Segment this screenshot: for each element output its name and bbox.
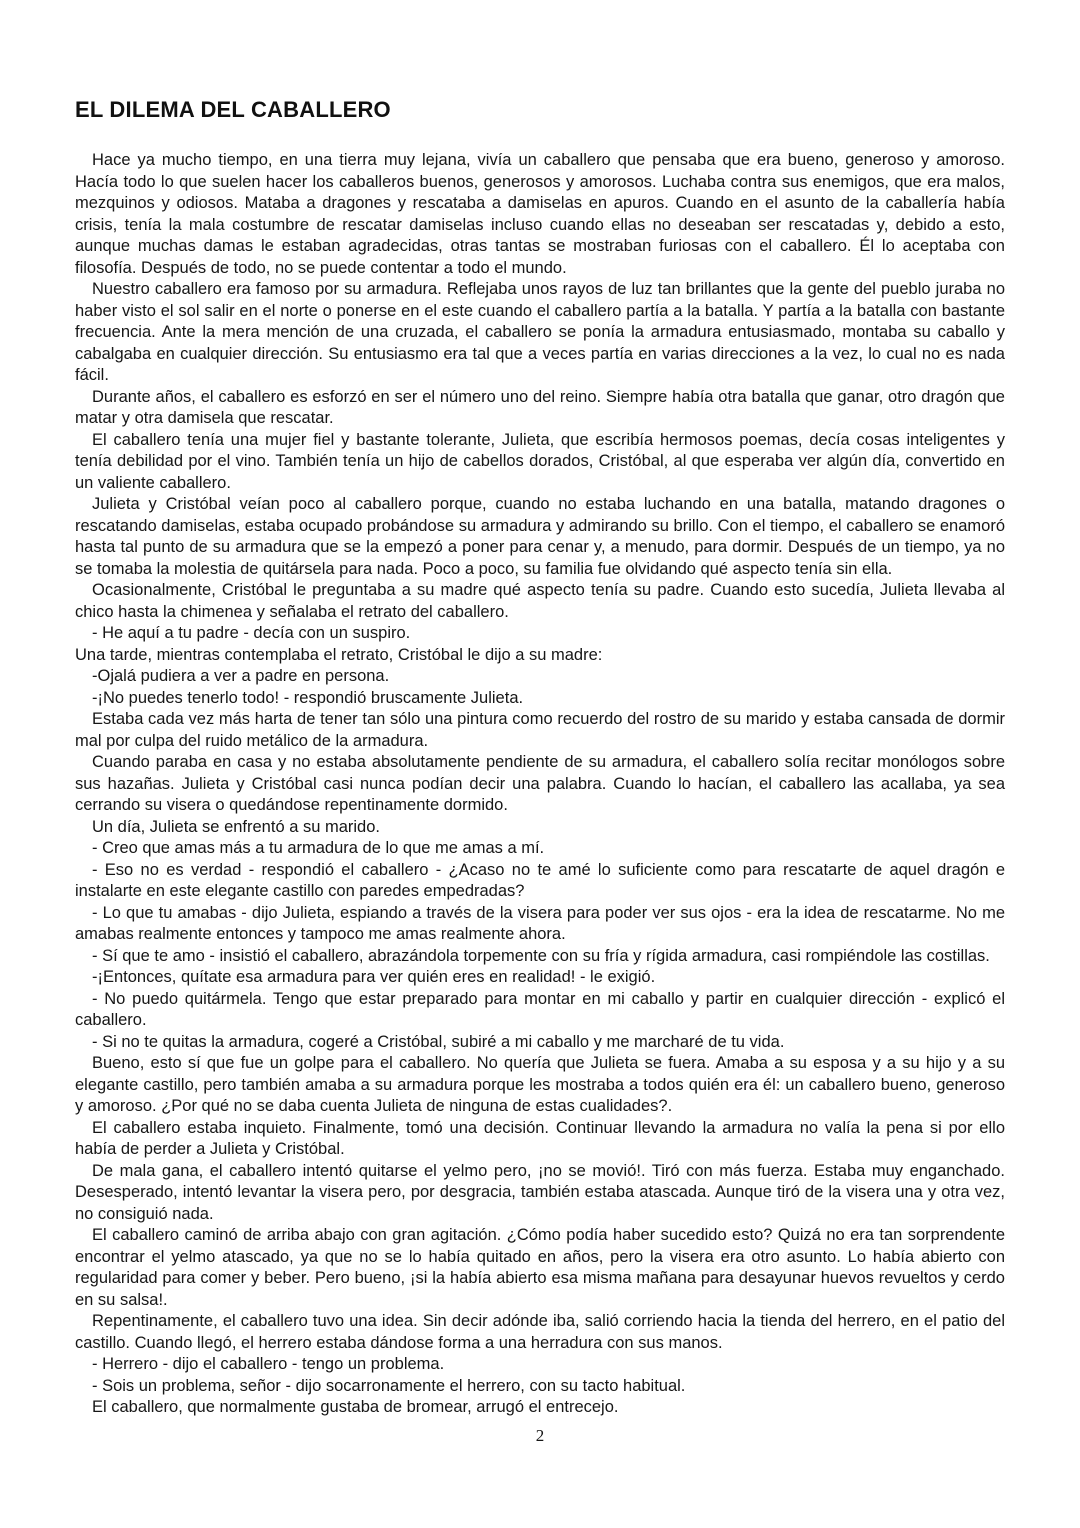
paragraph: Repentinamente, el caballero tuvo una id… [75, 1311, 1005, 1354]
paragraph: Nuestro caballero era famoso por su arma… [75, 279, 1005, 387]
page-body: Hace ya mucho tiempo, en una tierra muy … [75, 150, 1005, 1419]
paragraph: - Herrero - dijo el caballero - tengo un… [75, 1354, 1005, 1376]
paragraph: El caballero tenía una mujer fiel y bast… [75, 430, 1005, 495]
paragraph: -¡No puedes tenerlo todo! - respondió br… [75, 688, 1005, 710]
paragraph: De mala gana, el caballero intentó quita… [75, 1161, 1005, 1226]
paragraph: El caballero estaba inquieto. Finalmente… [75, 1118, 1005, 1161]
paragraph: El caballero caminó de arriba abajo con … [75, 1225, 1005, 1311]
paragraph: - He aquí a tu padre - decía con un susp… [75, 623, 1005, 645]
page-title: EL DILEMA DEL CABALLERO [75, 97, 1005, 123]
paragraph: Hace ya mucho tiempo, en una tierra muy … [75, 150, 1005, 279]
paragraph: Estaba cada vez más harta de tener tan s… [75, 709, 1005, 752]
paragraph: Un día, Julieta se enfrentó a su marido. [75, 817, 1005, 839]
paragraph: Cuando paraba en casa y no estaba absolu… [75, 752, 1005, 817]
paragraph: -Ojalá pudiera a ver a padre en persona. [75, 666, 1005, 688]
paragraph: - Creo que amas más a tu armadura de lo … [75, 838, 1005, 860]
paragraph: El caballero, que normalmente gustaba de… [75, 1397, 1005, 1419]
document-page: EL DILEMA DEL CABALLERO Hace ya mucho ti… [0, 0, 1080, 1528]
paragraph: - Lo que tu amabas - dijo Julieta, espia… [75, 903, 1005, 946]
paragraph: - Sois un problema, señor - dijo socarro… [75, 1376, 1005, 1398]
paragraph: - No puedo quitármela. Tengo que estar p… [75, 989, 1005, 1032]
paragraph: - Sí que te amo - insistió el caballero,… [75, 946, 1005, 968]
paragraph: Ocasionalmente, Cristóbal le preguntaba … [75, 580, 1005, 623]
paragraph: Bueno, esto sí que fue un golpe para el … [75, 1053, 1005, 1118]
paragraph: Una tarde, mientras contemplaba el retra… [75, 645, 1005, 667]
paragraph: - Si no te quitas la armadura, cogeré a … [75, 1032, 1005, 1054]
paragraph: Julieta y Cristóbal veían poco al caball… [75, 494, 1005, 580]
page-number: 2 [75, 1426, 1005, 1446]
paragraph: -¡Entonces, quítate esa armadura para ve… [75, 967, 1005, 989]
paragraph: - Eso no es verdad - respondió el caball… [75, 860, 1005, 903]
paragraph: Durante años, el caballero es esforzó en… [75, 387, 1005, 430]
